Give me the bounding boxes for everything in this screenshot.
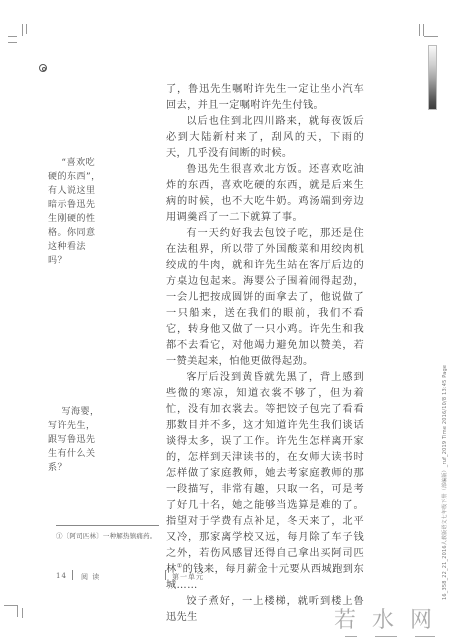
printer-slug: 16_358_22_21_2016人教版语文七年级下册（部编版）_ruf_201…	[441, 365, 448, 600]
paragraph-3: 鲁迅先生很喜欢北方饭。还喜欢吃油炸的东西，喜欢吃硬的东西，就是后来生病的时候，也…	[166, 162, 364, 226]
watermark-underline-seg-1	[345, 636, 357, 637]
page-number: 14	[56, 572, 67, 580]
paragraph-5: 客厅后没到黄昏就先黑了，背上感到些微的寒凉，知道衣裳不够了，但为着忙，没有加衣裳…	[166, 370, 364, 594]
crop-mark-top-right-vertical-2	[423, 24, 424, 36]
footer-divider-1	[72, 570, 73, 580]
crop-mark-top-left-vertical	[22, 24, 23, 36]
crop-mark-bottom-left	[4, 605, 17, 606]
crop-mark-top-left-vertical-2	[26, 24, 27, 34]
footer-divider-2	[165, 570, 166, 580]
crop-mark-top-left-short	[8, 42, 17, 43]
side-note-question-1: “喜欢吃硬的东西”，有人说这里暗示鲁迅先生刚硬的性格。你同意这种看法吗？	[48, 156, 102, 268]
paragraph-5-text-a: 客厅后没到黄昏就先黑了，背上感到些微的寒凉，知道衣裳不够了，但为着忙，没有加衣裳…	[166, 372, 364, 575]
main-text-column: 了，鲁迅先生嘱咐许先生一定让坐小汽车回去，并且一定嘱咐许先生付钱。 以后也住到北…	[166, 82, 364, 626]
footer-section-label: 阅 读	[81, 572, 100, 582]
watermark-underline	[345, 636, 435, 637]
footnote: ①〔阿司匹林〕一种解热镇痛药。	[56, 531, 157, 540]
paragraph-2: 以后也住到北四川路来，就每夜饭后必到大陆新村来了，刮风的天，下雨的天，几乎没有间…	[166, 114, 364, 162]
paragraph-4: 有一天约好我去包饺子吃，那还是住在法租界，所以带了外国酸菜和用绞肉机绞成的牛肉，…	[166, 226, 364, 370]
crop-mark-top-right-vertical	[419, 24, 420, 36]
crop-mark-top-left	[8, 36, 17, 37]
watermark-underline-seg-3	[415, 636, 435, 637]
site-watermark-logo: 若水网	[334, 603, 448, 634]
registration-target-icon	[39, 64, 47, 72]
crop-mark-top-right	[424, 36, 438, 37]
color-calibration-bar	[428, 45, 437, 110]
crop-mark-bottom-left-vertical-2	[22, 608, 23, 618]
crop-mark-bottom-left-vertical	[17, 605, 18, 617]
side-note-question-2: 写海婴，写许先生，跟写鲁迅先生有什么关系？	[48, 405, 102, 475]
watermark-underline-seg-2	[375, 636, 397, 637]
footer-unit-label: 第一单元	[172, 572, 204, 582]
footnote-divider	[56, 525, 159, 526]
paragraph-1: 了，鲁迅先生嘱咐许先生一定让坐小汽车回去，并且一定嘱咐许先生付钱。	[166, 82, 364, 114]
